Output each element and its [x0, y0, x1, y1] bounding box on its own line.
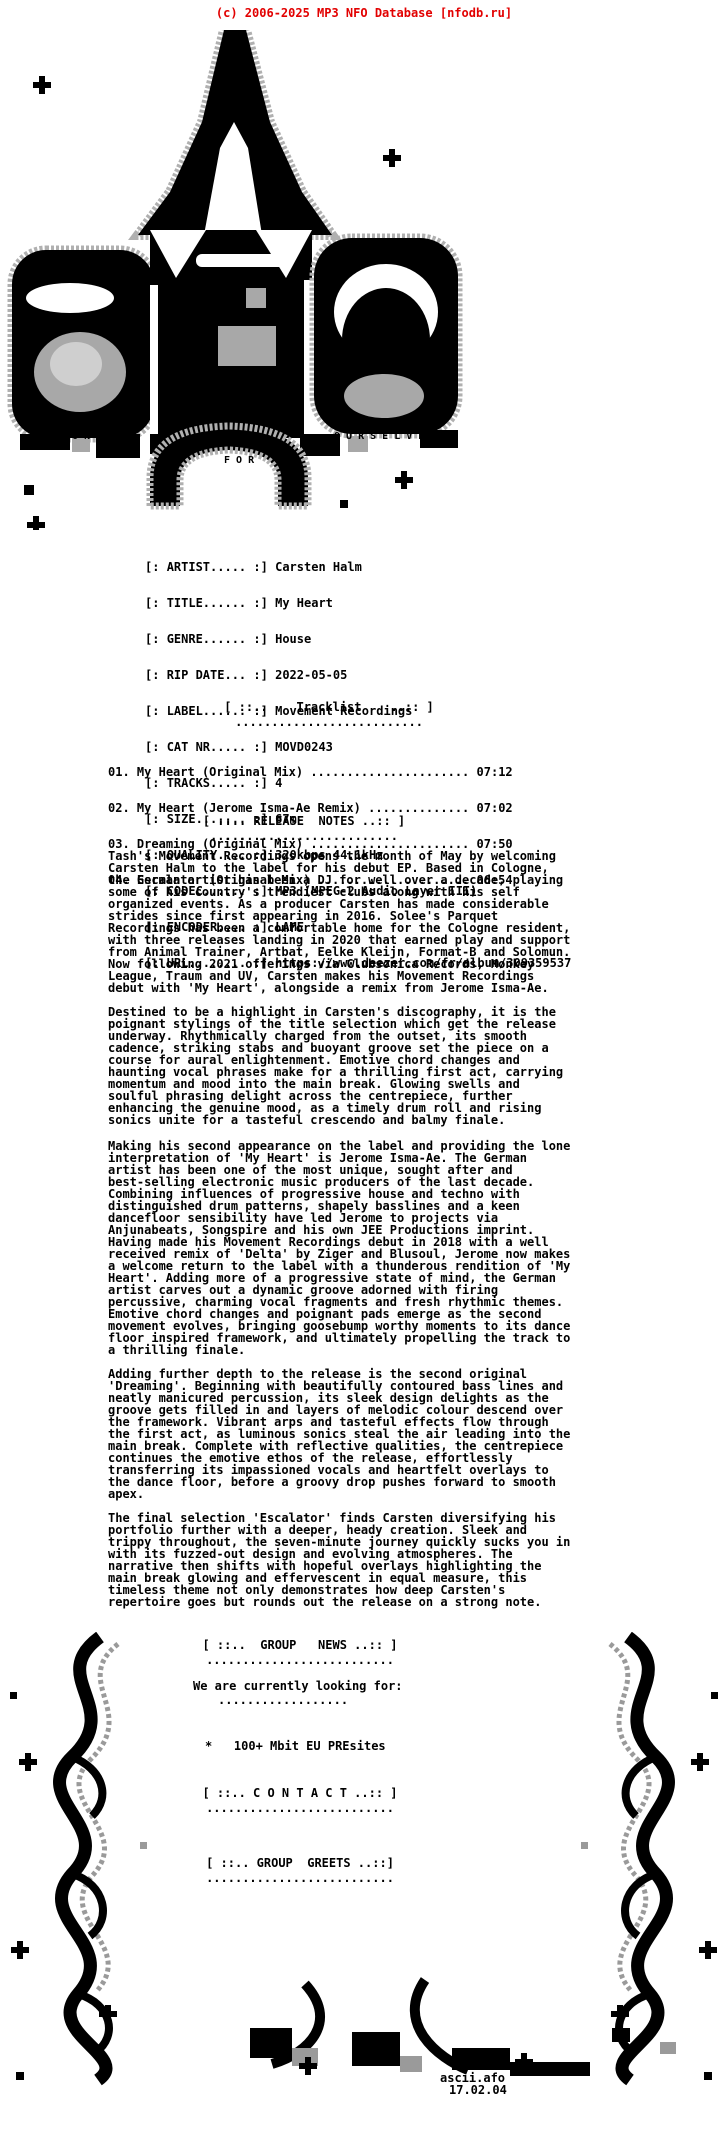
meta-label: GENRE...... [167, 632, 246, 646]
dot-leader: ...................... [310, 765, 469, 779]
meta-value-artist: Carsten Halm [275, 560, 362, 574]
group-news-item: * 100+ Mbit EU PREsites [205, 1740, 386, 1752]
dot-ornament [340, 500, 348, 508]
track-title: My Heart (Original Mix) [137, 765, 303, 779]
release-notes-underline: .......................... [0, 830, 616, 842]
group-news-header: [ ::.. GROUP NEWS ..:: ] [0, 1639, 612, 1651]
ascii-date: 17.02.04 [449, 2084, 507, 2096]
meta-value-title: My Heart [275, 596, 333, 610]
meta-value-genre: House [275, 632, 311, 646]
dot-ornament [16, 2072, 24, 2080]
group-news-intro-underline: .................. [218, 1694, 348, 1706]
plus-ornament [383, 149, 401, 167]
release-notes-paragraph-5: The final selection 'Escalator' finds Ca… [108, 1512, 570, 1608]
tracklist-header: [ ::.. Tracklist ..:: ] [17, 701, 641, 713]
plus-ornament [33, 76, 51, 94]
track-number: 02. [108, 801, 130, 815]
release-notes-header: [ ::.. RELEASE NOTES ..:: ] [0, 815, 616, 827]
tracklist-underline: .......................... [17, 716, 641, 728]
meta-row-title: [: TITLE...... :] My Heart [145, 597, 571, 609]
meta-label: ARTIST..... [167, 560, 246, 574]
greets-underline: .......................... [0, 1872, 612, 1884]
track-title: My Heart (Jerome Isma-Ae Remix) [137, 801, 361, 815]
meta-row-rip-date: [: RIP DATE... :] 2022-05-05 [145, 669, 571, 681]
nfo-page: (c) 2006-2025 MP3 NFO Database [nfodb.ru… [0, 0, 728, 2136]
dot-ornament [10, 1692, 17, 1699]
track-row: 01. My Heart (Original Mix) ............… [108, 766, 513, 778]
group-news-intro: We are currently looking for: [193, 1680, 403, 1692]
dot-ornament [24, 485, 34, 495]
track-row: 02. My Heart (Jerome Isma-Ae Remix) ....… [108, 802, 513, 814]
dot-leader: .............. [368, 801, 469, 815]
greets-header: [ ::.. GROUP GREETS ..::] [0, 1857, 612, 1869]
logo-word-alone: A L O N E [48, 432, 102, 442]
track-duration: 07:12 [477, 765, 513, 779]
track-number: 01. [108, 765, 130, 779]
meta-row-genre: [: GENRE...... :] House [145, 633, 571, 645]
contact-underline: .......................... [0, 1802, 612, 1814]
logo-word-for: F O R [224, 456, 254, 466]
plus-ornament [11, 1941, 29, 1959]
release-notes-paragraph-4: Adding further depth to the release is t… [108, 1368, 570, 1500]
group-news-underline: .......................... [0, 1654, 612, 1666]
meta-row-artist: [: ARTIST..... :] Carsten Halm [145, 561, 571, 573]
plus-ornament [19, 1753, 37, 1771]
release-notes-paragraph-1: Tash's Movement Recordings opens the mon… [108, 850, 570, 994]
contact-header: [ ::.. C O N T A C T ..:: ] [0, 1787, 612, 1799]
bullet-star: * [205, 1739, 212, 1753]
plus-ornament [395, 471, 413, 489]
plus-ornament [27, 516, 45, 530]
meta-label: RIP DATE... [167, 668, 246, 682]
meta-value-rip-date: 2022-05-05 [275, 668, 347, 682]
nfodb-copyright-link[interactable]: (c) 2006-2025 MP3 NFO Database [nfodb.ru… [0, 7, 728, 19]
logo-word-ourselves: O U R S E L V E S [334, 432, 436, 442]
group-news-item-text: 100+ Mbit EU PREsites [234, 1739, 386, 1753]
track-duration: 07:02 [477, 801, 513, 815]
meta-label: TITLE...... [167, 596, 246, 610]
release-notes-paragraph-3: Making his second appearance on the labe… [108, 1140, 570, 1356]
dot-ornament [140, 1842, 147, 1849]
release-notes-paragraph-2: Destined to be a highlight in Carsten's … [108, 1006, 563, 1126]
